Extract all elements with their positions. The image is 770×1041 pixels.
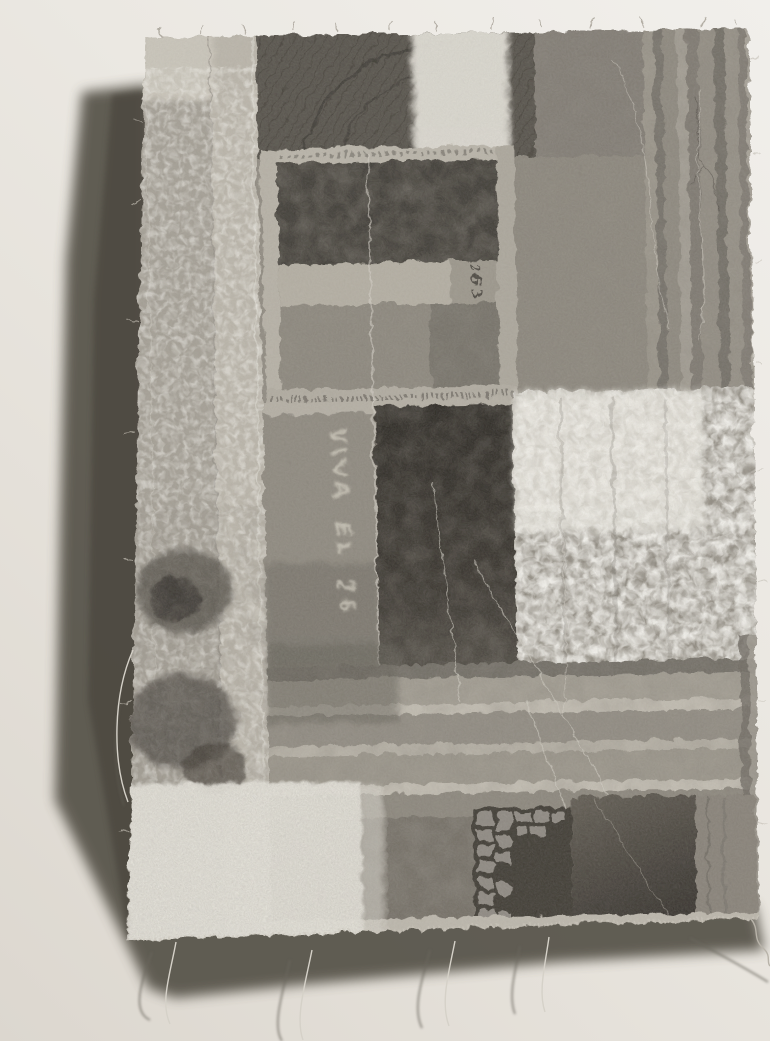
photograph-of-artwork: 263 xyxy=(0,0,770,1041)
collage-content: 263 xyxy=(107,4,770,960)
surface-mottle xyxy=(107,4,770,960)
canvas-collage: 263 xyxy=(107,4,770,960)
artwork-scene: 263 xyxy=(0,0,770,1041)
